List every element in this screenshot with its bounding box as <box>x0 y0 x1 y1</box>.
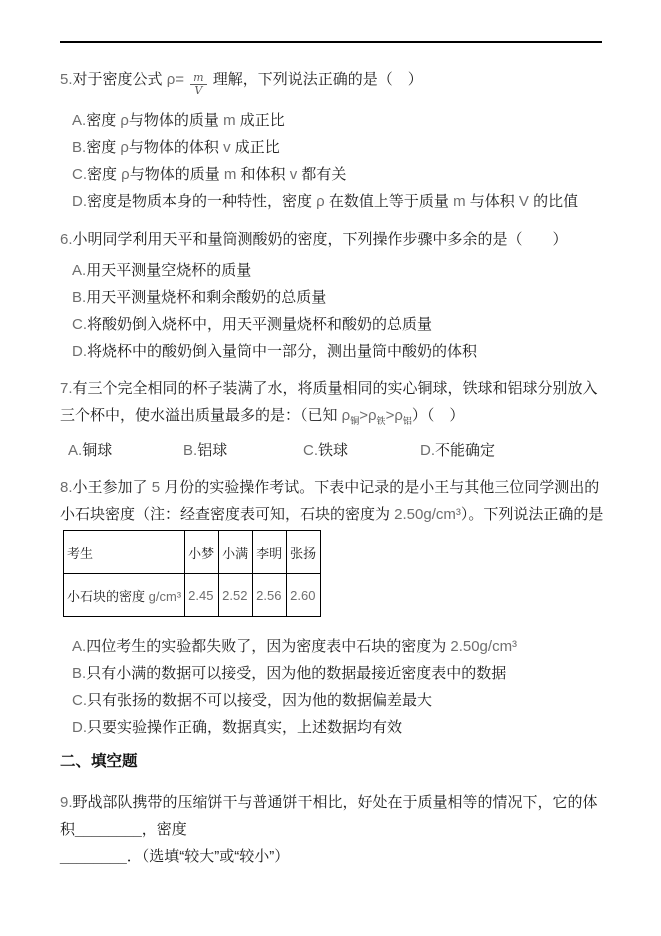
question-7-stem: 7.有三个完全相同的杯子装满了水，将质量相同的实心铜球，铁球和铝球分别放入三个杯… <box>60 375 605 435</box>
question-5-option-c: C.密度 ρ与物体的质量 m 和体积 v 都有关 <box>60 167 605 183</box>
question-7-options: A.铜球 B.铝球 C.铁球 D.不能确定 <box>60 443 605 459</box>
table-cell-student-4: 张扬 <box>287 531 321 574</box>
question-8-option-a: A.四位考生的实验都失败了，因为密度表中石块的密度为 2.50g/cm³ <box>60 639 605 655</box>
question-9-line-2: ________．（选填“较大”或“较小”） <box>60 843 605 870</box>
question-5-option-d: D.密度是物质本身的一种特性，密度 ρ 在数值上等于质量 m 与体积 V 的比值 <box>60 194 605 210</box>
top-divider <box>60 41 602 43</box>
section-2-header: 二、填空题 <box>60 754 605 770</box>
density-table-header-row: 考生 小梦 小满 李明 张扬 <box>64 531 321 574</box>
table-cell-density-3: 2.56 <box>253 574 287 617</box>
question-5-stem-text: 5.对于密度公式 ρ= mV 理解，下列说法正确的是（ ） <box>60 68 423 97</box>
question-5-option-a: A.密度 ρ与物体的质量 m 成正比 <box>60 113 605 129</box>
question-8: 8.小王参加了 5 月份的实验操作考试。下表中记录的是小王与其他三位同学测出的小… <box>60 474 605 736</box>
table-cell-student-1: 小梦 <box>185 531 219 574</box>
question-6-stem: 6.小明同学利用天平和量筒测酸奶的密度，下列操作步骤中多余的是（ ） <box>60 232 605 248</box>
table-cell-student-3: 李明 <box>253 531 287 574</box>
question-6-option-a: A.用天平测量空烧杯的质量 <box>60 263 605 279</box>
question-5-option-b: B.密度 ρ与物体的体积 v 成正比 <box>60 140 605 156</box>
worksheet-page: 5.对于密度公式 ρ= mV 理解，下列说法正确的是（ ） A.密度 ρ与物体的… <box>0 0 661 936</box>
question-6: 6.小明同学利用天平和量筒测酸奶的密度，下列操作步骤中多余的是（ ） A.用天平… <box>60 232 605 360</box>
question-7-option-a: A.铜球 <box>68 443 183 459</box>
question-8-stem: 8.小王参加了 5 月份的实验操作考试。下表中记录的是小王与其他三位同学测出的小… <box>60 474 605 528</box>
question-8-option-c: C.只有张扬的数据不可以接受，因为他的数据偏差最大 <box>60 693 605 709</box>
table-cell-density-2: 2.52 <box>219 574 253 617</box>
question-9: 9.野战部队携带的压缩饼干与普通饼干相比，好处在于质量相等的情况下，它的体积__… <box>60 789 605 870</box>
question-8-option-d: D.只要实验操作正确，数据真实，上述数据均有效 <box>60 720 605 736</box>
table-cell-examinee-label: 考生 <box>64 531 185 574</box>
question-6-option-d: D.将烧杯中的酸奶倒入量筒中一部分，测出量筒中酸奶的体积 <box>60 344 605 360</box>
question-7-option-b: B.铝球 <box>183 443 303 459</box>
question-6-option-b: B.用天平测量烧杯和剩余酸奶的总质量 <box>60 290 605 306</box>
question-5: 5.对于密度公式 ρ= mV 理解，下列说法正确的是（ ） A.密度 ρ与物体的… <box>60 66 605 210</box>
density-table: 考生 小梦 小满 李明 张扬 小石块的密度 g/cm³ 2.45 2.52 2.… <box>63 530 321 617</box>
question-9-line-1: 9.野战部队携带的压缩饼干与普通饼干相比，好处在于质量相等的情况下，它的体积__… <box>60 789 605 843</box>
question-8-option-b: B.只有小满的数据可以接受，因为他的数据最接近密度表中的数据 <box>60 666 605 682</box>
table-cell-density-4: 2.60 <box>287 574 321 617</box>
question-5-stem: 5.对于密度公式 ρ= mV 理解，下列说法正确的是（ ） <box>60 66 605 100</box>
table-cell-student-2: 小满 <box>219 531 253 574</box>
question-6-option-c: C.将酸奶倒入烧杯中，用天平测量烧杯和酸奶的总质量 <box>60 317 605 333</box>
table-cell-density-1: 2.45 <box>185 574 219 617</box>
density-table-data-row: 小石块的密度 g/cm³ 2.45 2.52 2.56 2.60 <box>64 574 321 617</box>
question-7-option-c: C.铁球 <box>303 443 420 459</box>
question-7: 7.有三个完全相同的杯子装满了水，将质量相同的实心铜球，铁球和铝球分别放入三个杯… <box>60 375 605 459</box>
table-cell-density-label: 小石块的密度 g/cm³ <box>64 574 185 617</box>
question-7-option-d: D.不能确定 <box>420 443 495 459</box>
